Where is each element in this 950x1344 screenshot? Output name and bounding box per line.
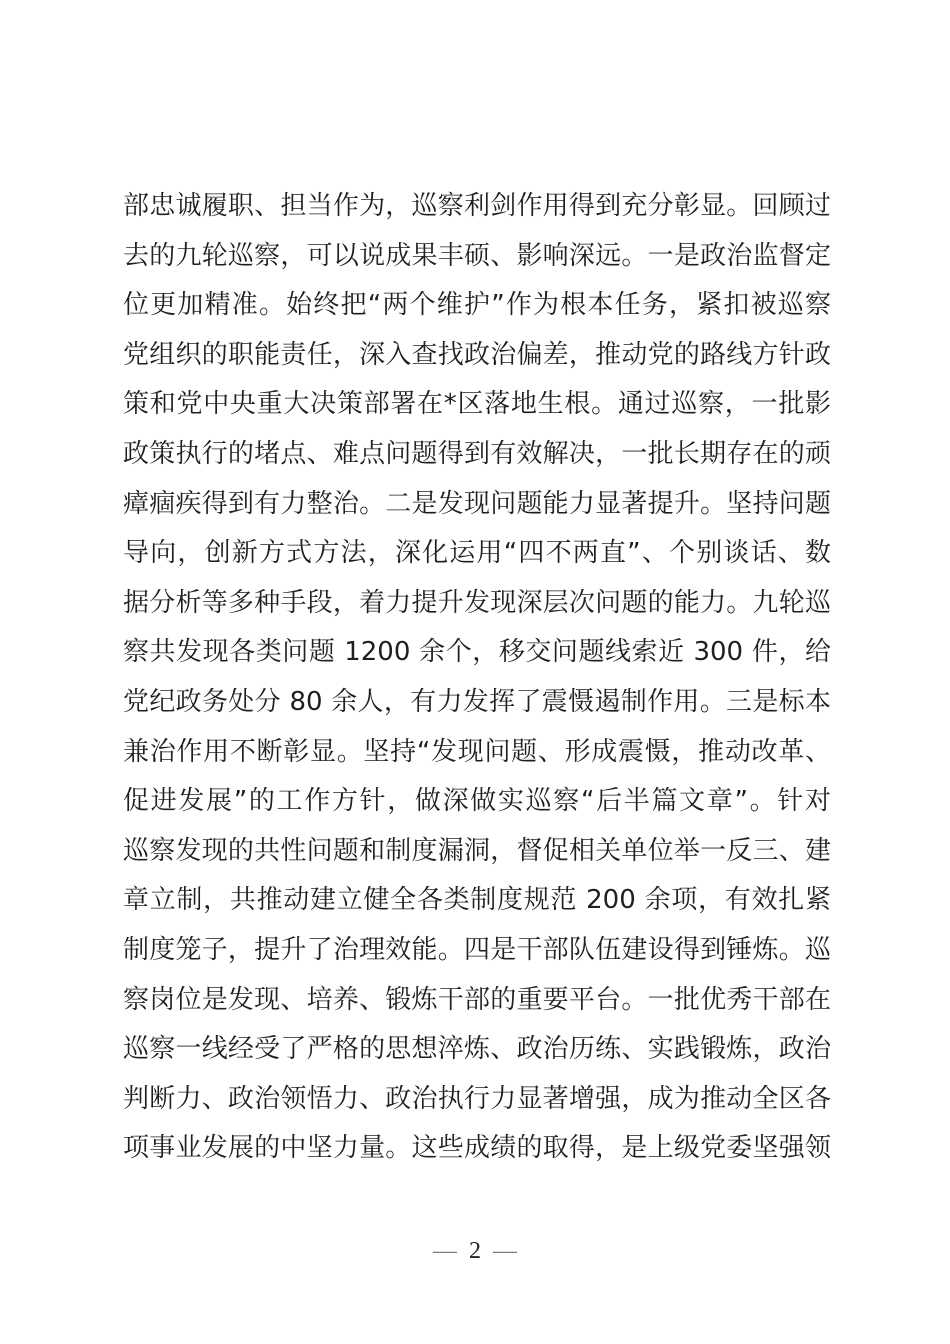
- text-line: 巡察发现的共性问题和制度漏洞，督促相关单位举一反三、建: [123, 827, 831, 877]
- page-number: 2: [469, 1236, 481, 1266]
- text-line: 章立制，共推动建立健全各类制度规范 200 余项，有效扎紧了: [123, 876, 831, 926]
- text-line: 部忠诚履职、担当作为，巡察利剑作用得到充分彰显。回顾过: [123, 182, 831, 232]
- text-line: 党组织的职能责任，深入查找政治偏差，推动党的路线方针政: [123, 331, 831, 381]
- text-line: 导向，创新方式方法，深化运用“四不两直”、个别谈话、数: [123, 529, 831, 579]
- text-line: 促进发展”的工作方针，做深做实巡察“后半篇文章”。针对: [123, 777, 831, 827]
- text-line: 判断力、政治领悟力、政治执行力显著增强，成为推动全区各: [123, 1075, 831, 1125]
- text-line: 据分析等多种手段，着力提升发现深层次问题的能力。九轮巡: [123, 579, 831, 629]
- text-line: 察岗位是发现、培养、锻炼干部的重要平台。一批优秀干部在: [123, 976, 831, 1026]
- text-line: 瘴痼疾得到有力整治。二是发现问题能力显著提升。坚持问题: [123, 480, 831, 530]
- text-line: 党纪政务处分 80 余人，有力发挥了震慑遏制作用。三是标本: [123, 678, 831, 728]
- body-text: 部忠诚履职、担当作为，巡察利剑作用得到充分彰显。回顾过去的九轮巡察，可以说成果丰…: [123, 182, 831, 1174]
- text-line: 政策执行的堵点、难点问题得到有效解决，一批长期存在的顽: [123, 430, 831, 480]
- text-line: 位更加精准。始终把“两个维护”作为根本任务，紧扣被巡察: [123, 281, 831, 331]
- footer-dash-right: —: [493, 1238, 517, 1264]
- text-line: 察共发现各类问题 1200 余个，移交问题线索近 300 件，给予: [123, 628, 831, 678]
- page-footer: —2—: [0, 1236, 950, 1266]
- text-line: 制度笼子，提升了治理效能。四是干部队伍建设得到锤炼。巡: [123, 926, 831, 976]
- footer-dash-left: —: [433, 1238, 457, 1264]
- text-line: 去的九轮巡察，可以说成果丰硕、影响深远。一是政治监督定: [123, 232, 831, 282]
- text-line: 巡察一线经受了严格的思想淬炼、政治历练、实践锻炼，政治: [123, 1025, 831, 1075]
- document-page: 部忠诚履职、担当作为，巡察利剑作用得到充分彰显。回顾过去的九轮巡察，可以说成果丰…: [0, 0, 950, 1344]
- text-line: 兼治作用不断彰显。坚持“发现问题、形成震慑，推动改革、: [123, 728, 831, 778]
- text-line: 项事业发展的中坚力量。这些成绩的取得，是上级党委坚强领: [123, 1124, 831, 1174]
- text-line: 策和党中央重大决策部署在*区落地生根。通过巡察，一批影响: [123, 380, 831, 430]
